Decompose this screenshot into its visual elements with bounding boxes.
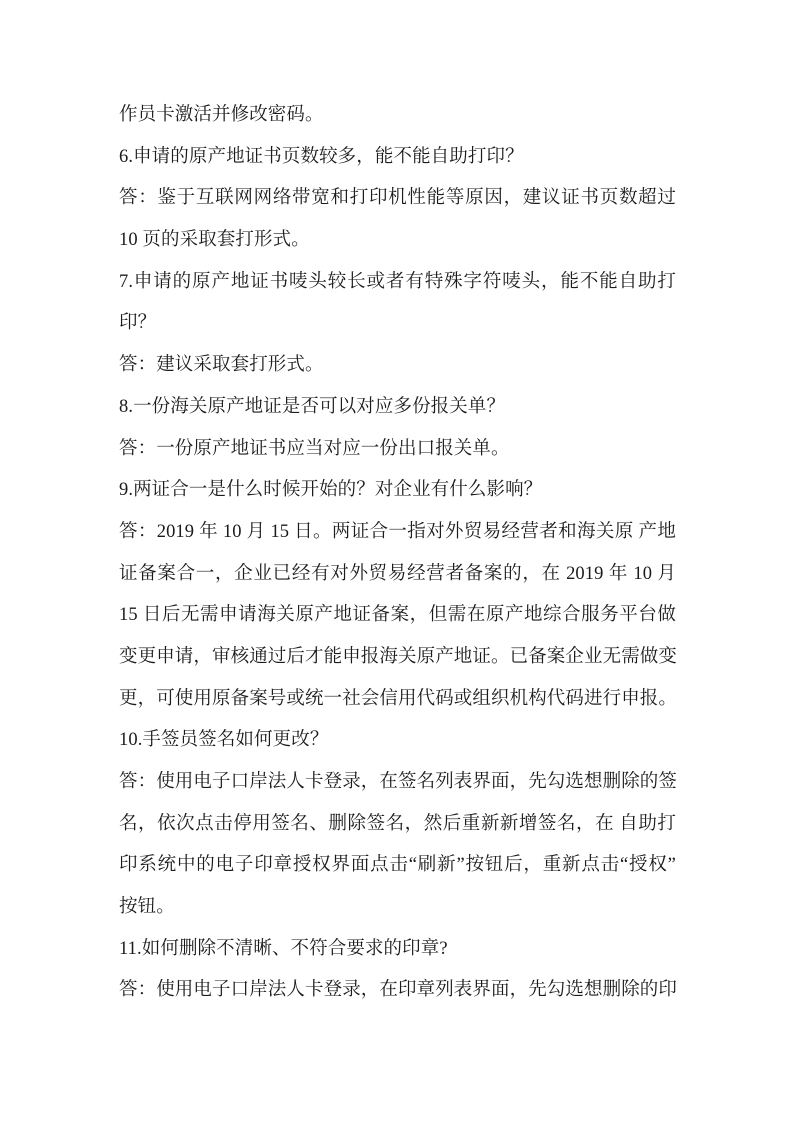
text-line-3: 答：鉴于互联网网络带宽和打印机性能等原因，建议证书页数超过 — [119, 178, 676, 220]
text-line-17: 答：使用电子口岸法人卡登录，在签名列表界面，先勾选想删除的签 — [119, 762, 676, 804]
text-line-9: 答：一份原产地证书应当对应一份出口报关单。 — [119, 429, 676, 471]
text-line-16: 10.手签员签名如何更改？ — [119, 720, 676, 762]
text-line-15: 更，可使用原备案号或统一社会信用代码或组织机构代码进行申报。 — [119, 679, 676, 721]
text-line-10: 9.两证合一是什么时候开始的？对企业有什么影响？ — [119, 470, 676, 512]
text-line-19: 印系统中的电子印章授权界面点击“刷新”按钮后，重新点击“授权” — [119, 845, 676, 887]
text-line-5: 7.申请的原产地证书唛头较长或者有特殊字符唛头，能不能自助打 — [119, 262, 676, 304]
text-line-6: 印？ — [119, 303, 676, 345]
document-page: 作员卡激活并修改密码。6.申请的原产地证书页数较多，能不能自助打印？答：鉴于互联… — [0, 0, 793, 1122]
text-line-20: 按钮。 — [119, 887, 676, 929]
text-line-1: 作员卡激活并修改密码。 — [119, 95, 676, 137]
text-line-13: 15 日后无需申请海关原产地证备案，但需在原产地综合服务平台做 — [119, 595, 676, 637]
text-line-14: 变更申请，审核通过后才能申报海关原产地证。已备案企业无需做变 — [119, 637, 676, 679]
document-text-block: 作员卡激活并修改密码。6.申请的原产地证书页数较多，能不能自助打印？答：鉴于互联… — [119, 95, 676, 1012]
text-line-21: 11.如何删除不清晰、不符合要求的印章? — [119, 929, 676, 971]
text-line-7: 答：建议采取套打形式。 — [119, 345, 676, 387]
text-line-12: 证备案合一，企业已经有对外贸易经营者备案的，在 2019 年 10 月 — [119, 554, 676, 596]
text-line-22: 答：使用电子口岸法人卡登录，在印章列表界面，先勾选想删除的印 — [119, 970, 676, 1012]
text-line-18: 名，依次点击停用签名、删除签名，然后重新新增签名，在 自助打 — [119, 804, 676, 846]
text-line-2: 6.申请的原产地证书页数较多，能不能自助打印？ — [119, 137, 676, 179]
text-line-4: 10 页的采取套打形式。 — [119, 220, 676, 262]
text-line-11: 答：2019 年 10 月 15 日。两证合一指对外贸易经营者和海关原 产地 — [119, 512, 676, 554]
text-line-8: 8.一份海关原产地证是否可以对应多份报关单？ — [119, 387, 676, 429]
